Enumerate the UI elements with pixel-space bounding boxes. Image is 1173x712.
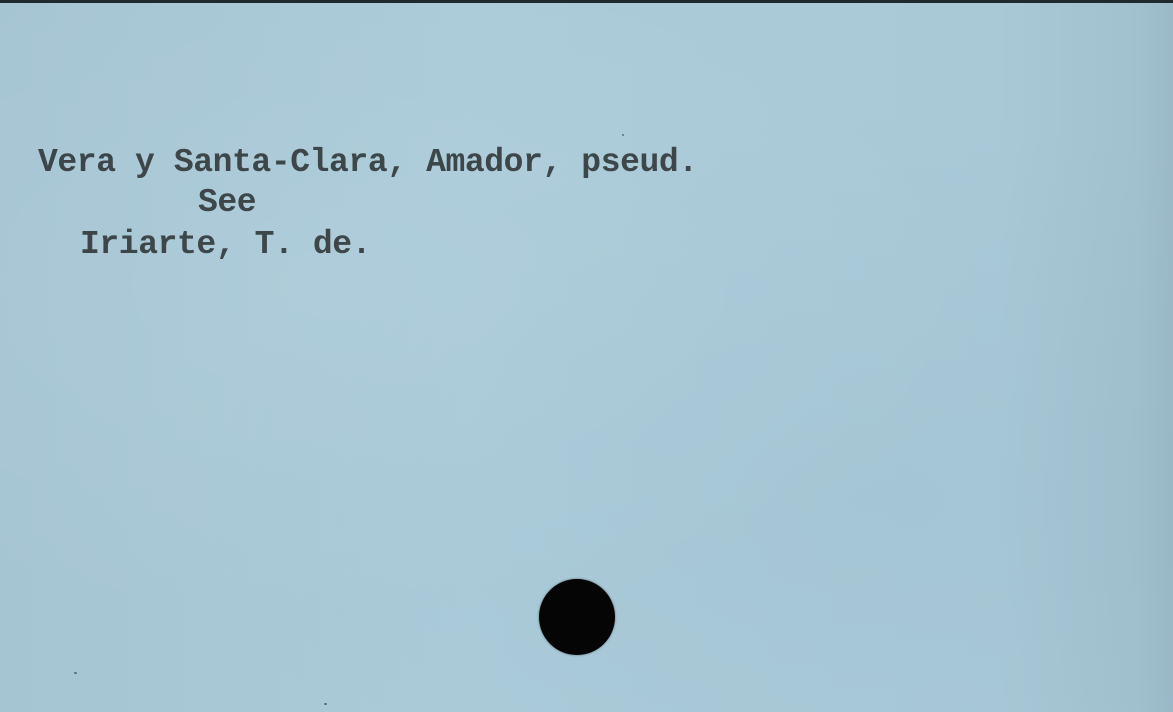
paper-speck bbox=[74, 672, 77, 674]
punch-hole bbox=[539, 579, 615, 655]
reference-target: Iriarte, T. de. bbox=[80, 228, 371, 261]
paper-speck bbox=[324, 703, 327, 705]
card-top-edge bbox=[0, 0, 1173, 3]
card-heading: Vera y Santa-Clara, Amador, pseud. bbox=[38, 146, 698, 179]
paper-speck bbox=[622, 134, 624, 136]
catalog-card: Vera y Santa-Clara, Amador, pseud. See I… bbox=[0, 0, 1173, 712]
see-reference-label: See bbox=[198, 186, 256, 219]
